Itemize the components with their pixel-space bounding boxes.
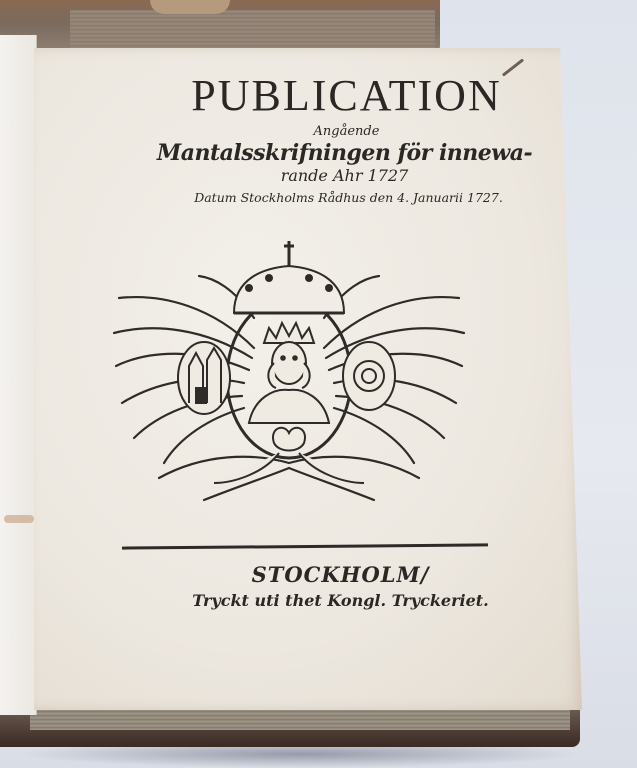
page-edges (30, 708, 570, 730)
king-portrait-icon (249, 323, 329, 423)
book-behind-page-block (70, 10, 435, 50)
date-line: Datum Stockholms Rådhus den 4. Januarii … (30, 190, 637, 205)
royal-emblem-woodcut (104, 238, 474, 508)
left-page-stain (4, 515, 34, 523)
royal-crown-icon (234, 241, 344, 313)
subtitle-line-2: Mantalsskrifningen för innewa- (26, 140, 637, 166)
subtitle-line-1: Angående (28, 124, 637, 139)
page-title: PUBLICATION (28, 70, 637, 121)
imprint-printer: Tryckt uti thet Kongl. Tryckeriet. (22, 591, 637, 610)
subtitle-line-3: rande Ahr 1727 (26, 166, 637, 185)
rose-shield-icon (343, 342, 395, 410)
book-behind-spine (150, 0, 230, 14)
book-behind (0, 0, 440, 52)
city-arms-shield-icon (178, 342, 230, 414)
ribbon-bow-icon (214, 428, 364, 483)
imprint-city: STOCKHOLM/ (22, 562, 637, 587)
